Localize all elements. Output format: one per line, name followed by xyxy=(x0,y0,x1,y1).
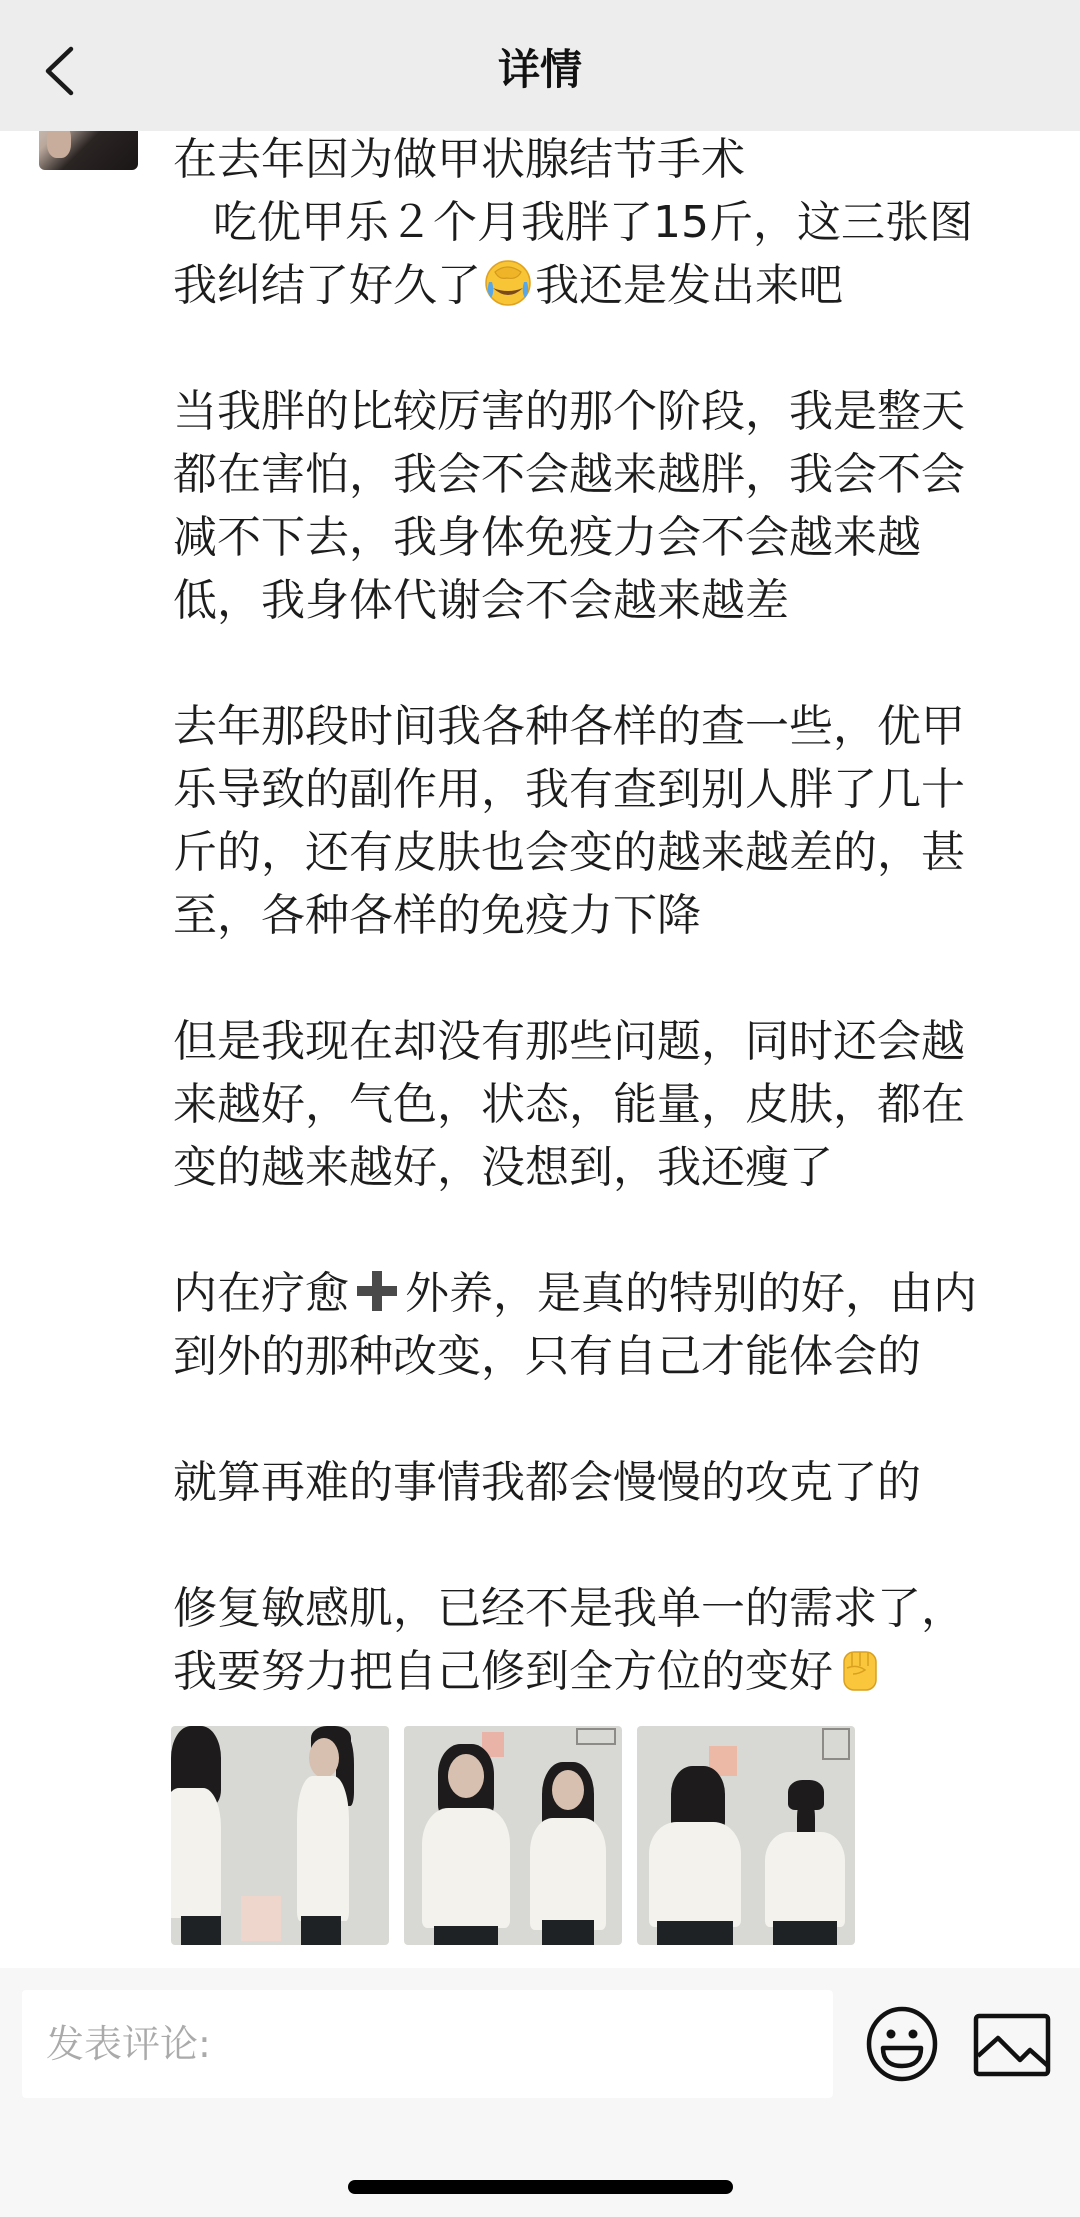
post-body: 在去年因为做甲状腺结节手术 吃优甲乐２个月我胖了15斤，这三张图 我纠结了好久了… xyxy=(173,128,1053,1703)
smiley-icon xyxy=(864,2006,940,2082)
post-line-text: 我纠结了好久了 xyxy=(173,260,481,311)
raised-fist-emoji-icon xyxy=(835,1644,885,1694)
post-line: 乐导致的副作用，我有查到别人胖了几十 xyxy=(173,758,1053,821)
paragraph-gap xyxy=(173,632,1053,695)
emoji-button[interactable] xyxy=(864,2006,940,2082)
post-line: 但是我现在却没有那些问题，同时还会越 xyxy=(173,1010,1053,1073)
paragraph-gap xyxy=(173,1388,1053,1451)
post-line: 来越好，气色，状态，能量，皮肤，都在 xyxy=(173,1073,1053,1136)
photo-back-view[interactable] xyxy=(637,1726,855,1945)
post-line: 我纠结了好久了 我还是发出来吧 xyxy=(173,254,1053,317)
post-line: 至，各种各样的免疫力下降 xyxy=(173,884,1053,947)
person-before xyxy=(416,1726,516,1945)
post-line: 减不下去，我身体免疫力会不会越来越 xyxy=(173,506,1053,569)
post-line-text: 我还是发出来吧 xyxy=(535,260,843,311)
photo-grid xyxy=(171,1726,871,1945)
post-line: 去年那段时间我各种各样的查一些，优甲 xyxy=(173,695,1053,758)
post-line: 就算再难的事情我都会慢慢的攻克了的 xyxy=(173,1451,1053,1514)
post-line: 到外的那种改变，只有自己才能体会的 xyxy=(173,1325,1053,1388)
post-line: 我要努力把自己修到全方位的变好 xyxy=(173,1640,1053,1703)
post-line-text: 外养，是真的特别的好，由内 xyxy=(405,1268,977,1319)
person-after xyxy=(522,1726,612,1945)
person-after xyxy=(281,1726,389,1945)
home-indicator xyxy=(348,2180,733,2194)
person-before xyxy=(171,1726,241,1945)
paragraph-gap xyxy=(173,1199,1053,1262)
post-line: 斤的，还有皮肤也会变的越来越差的，甚 xyxy=(173,821,1053,884)
post-line: 内在疗愈外养，是真的特别的好，由内 xyxy=(173,1262,1053,1325)
photo-front-view[interactable] xyxy=(404,1726,622,1945)
comment-bar: 发表评论: xyxy=(0,1968,1080,2217)
post-line: 都在害怕，我会不会越来越胖，我会不会 xyxy=(173,443,1053,506)
person-after xyxy=(753,1726,853,1945)
page-title: 详情 xyxy=(0,40,1080,100)
paragraph-gap xyxy=(173,1514,1053,1577)
image-button[interactable] xyxy=(972,2012,1052,2078)
post-line: 吃优甲乐２个月我胖了15斤，这三张图 xyxy=(173,191,1053,254)
post-line: 变的越来越好，没想到，我还瘦了 xyxy=(173,1136,1053,1199)
nav-header: 详情 xyxy=(0,0,1080,131)
image-icon xyxy=(972,2012,1052,2078)
post-line-text: 我要努力把自己修到全方位的变好 xyxy=(173,1646,833,1697)
photo-side-view[interactable] xyxy=(171,1726,389,1945)
paragraph-gap xyxy=(173,317,1053,380)
post-line: 当我胖的比较厉害的那个阶段，我是整天 xyxy=(173,380,1053,443)
person-before xyxy=(645,1726,745,1945)
post-line: 低，我身体代谢会不会越来越差 xyxy=(173,569,1053,632)
paragraph-gap xyxy=(173,947,1053,1010)
post-detail-screen: 详情 在去年因为做甲状腺结节手术 吃优甲乐２个月我胖了15斤，这三张图 我纠结了… xyxy=(0,0,1080,2217)
post-line-text: 内在疗愈 xyxy=(173,1268,349,1319)
product-box xyxy=(241,1896,281,1941)
post-line: 修复敏感肌，已经不是我单一的需求了， xyxy=(173,1577,1053,1640)
facepalm-laugh-cry-emoji-icon xyxy=(483,258,533,308)
post-line: 在去年因为做甲状腺结节手术 xyxy=(173,128,1053,191)
heavy-plus-icon xyxy=(355,1269,399,1313)
comment-input[interactable]: 发表评论: xyxy=(22,1990,833,2098)
